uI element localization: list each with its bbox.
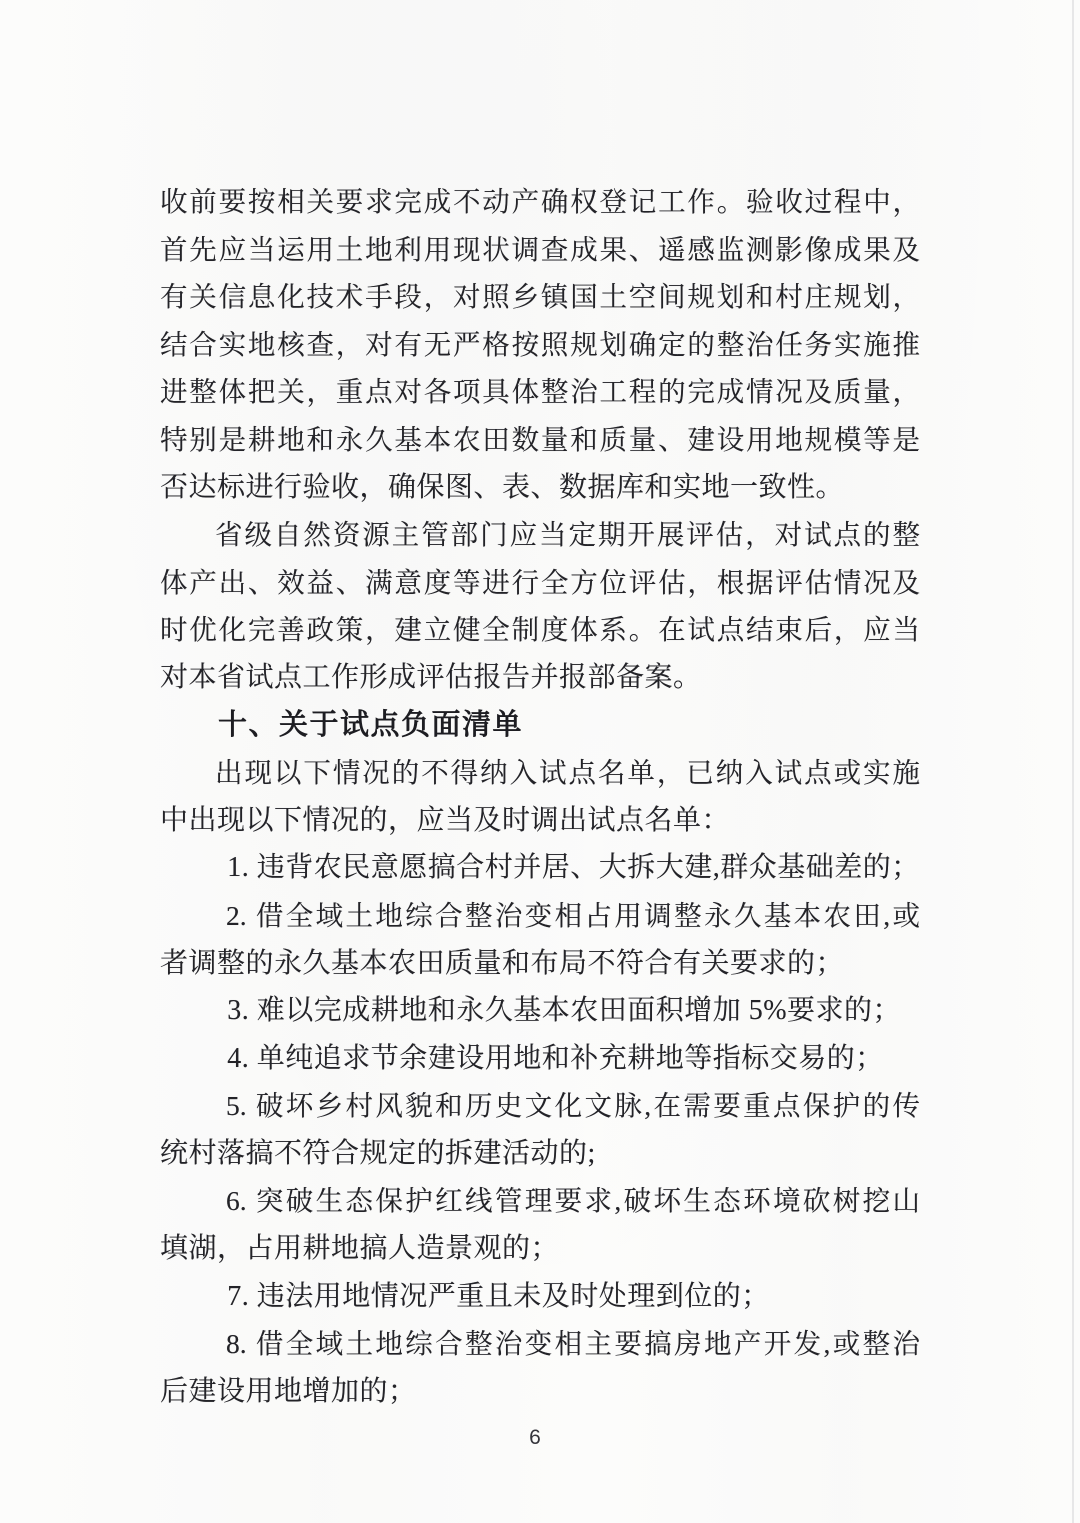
- text-line: 出现以下情况的不得纳入试点名单，已纳入试点或实施: [160, 749, 920, 797]
- text-line: 7. 违法用地情况严重且未及时处理到位的；: [160, 1273, 920, 1321]
- text-line: 2. 借全域土地综合整治变相占用调整永久基本农田,或: [160, 892, 920, 940]
- text-line: 4. 单纯追求节余建设用地和补充耕地等指标交易的；: [160, 1035, 920, 1083]
- scanned-document-page: 收前要按相关要求完成不动产确权登记工作。验收过程中，首先应当运用土地利用现状调查…: [0, 0, 1080, 1523]
- text-line: 填湖，占用耕地搞人造景观的；: [160, 1225, 920, 1273]
- text-line: 时优化完善政策，建立健全制度体系。在试点结束后，应当: [160, 606, 920, 654]
- text-line: 8. 借全域土地综合整治变相主要搞房地产开发,或整治: [160, 1320, 920, 1368]
- text-line: 者调整的永久基本农田质量和布局不符合有关要求的；: [160, 940, 920, 988]
- text-line: 1. 违背农民意愿搞合村并居、大拆大建,群众基础差的；: [160, 844, 920, 892]
- text-line: 后建设用地增加的；: [160, 1368, 920, 1416]
- text-line: 3. 难以完成耕地和永久基本农田面积增加 5%要求的；: [160, 987, 920, 1035]
- text-line: 否达标进行验收，确保图、表、数据库和实地一致性。: [160, 464, 920, 512]
- text-line: 特别是耕地和永久基本农田数量和质量、建设用地规模等是: [160, 416, 920, 464]
- text-line: 首先应当运用土地利用现状调查成果、遥感监测影像成果及: [160, 226, 920, 274]
- section-heading: 十、关于试点负面清单: [160, 702, 920, 750]
- page-number: 6: [0, 1426, 1070, 1450]
- text-line: 进整体把关，重点对各项具体整治工程的完成情况及质量，: [160, 368, 920, 416]
- text-line: 6. 突破生态保护红线管理要求,破坏生态环境砍树挖山: [160, 1177, 920, 1225]
- scan-artifact-line: [1072, 0, 1074, 1523]
- text-block: 收前要按相关要求完成不动产确权登记工作。验收过程中，首先应当运用土地利用现状调查…: [160, 178, 920, 1415]
- text-line: 收前要按相关要求完成不动产确权登记工作。验收过程中，: [160, 178, 920, 226]
- text-line: 有关信息化技术手段，对照乡镇国土空间规划和村庄规划，: [160, 273, 920, 321]
- text-line: 体产出、效益、满意度等进行全方位评估，根据评估情况及: [160, 559, 920, 607]
- text-line: 结合实地核查，对有无严格按照规划确定的整治任务实施推: [160, 321, 920, 369]
- text-line: 5. 破坏乡村风貌和历史文化文脉,在需要重点保护的传: [160, 1082, 920, 1130]
- text-line: 中出现以下情况的，应当及时调出试点名单：: [160, 797, 920, 845]
- text-line: 省级自然资源主管部门应当定期开展评估，对试点的整: [160, 511, 920, 559]
- text-line: 统村落搞不符合规定的拆建活动的;: [160, 1130, 920, 1178]
- text-line: 对本省试点工作形成评估报告并报部备案。: [160, 654, 920, 702]
